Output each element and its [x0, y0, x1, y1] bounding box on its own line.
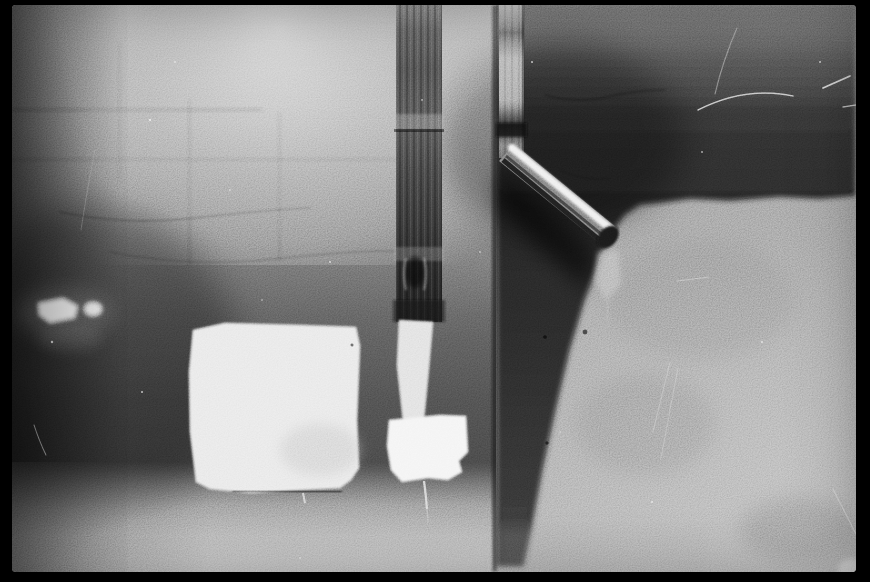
downpipe-end-socket: [393, 300, 445, 322]
wall-corner-line: [492, 5, 497, 572]
downpipe: [393, 5, 445, 322]
right-wall: [435, 5, 856, 572]
downpipe-joint-collar: [394, 114, 444, 130]
film-frame: [0, 0, 870, 582]
small-white-patch: [387, 415, 468, 482]
flare-small-blob: [84, 302, 102, 316]
downpipe-joint-line: [394, 129, 444, 132]
wall-mottle: [575, 375, 715, 475]
downpipe-slot: [406, 256, 424, 288]
masonry-course-line: [12, 108, 262, 112]
patch-bottom-shadow: [232, 491, 342, 492]
patch-shading: [280, 424, 360, 476]
flare-tail: [38, 324, 102, 352]
photo: [12, 5, 856, 572]
wall-streak: [278, 112, 281, 262]
photo-art: [12, 5, 856, 572]
wall-streak: [188, 100, 191, 265]
masonry-course-line: [12, 158, 432, 161]
drip-stain-tail: [607, 300, 608, 324]
wall-mottle: [605, 240, 795, 360]
wall-mottle: [740, 498, 856, 562]
wall-streak: [118, 42, 121, 182]
right-wall-bottom-lift: [497, 528, 707, 572]
